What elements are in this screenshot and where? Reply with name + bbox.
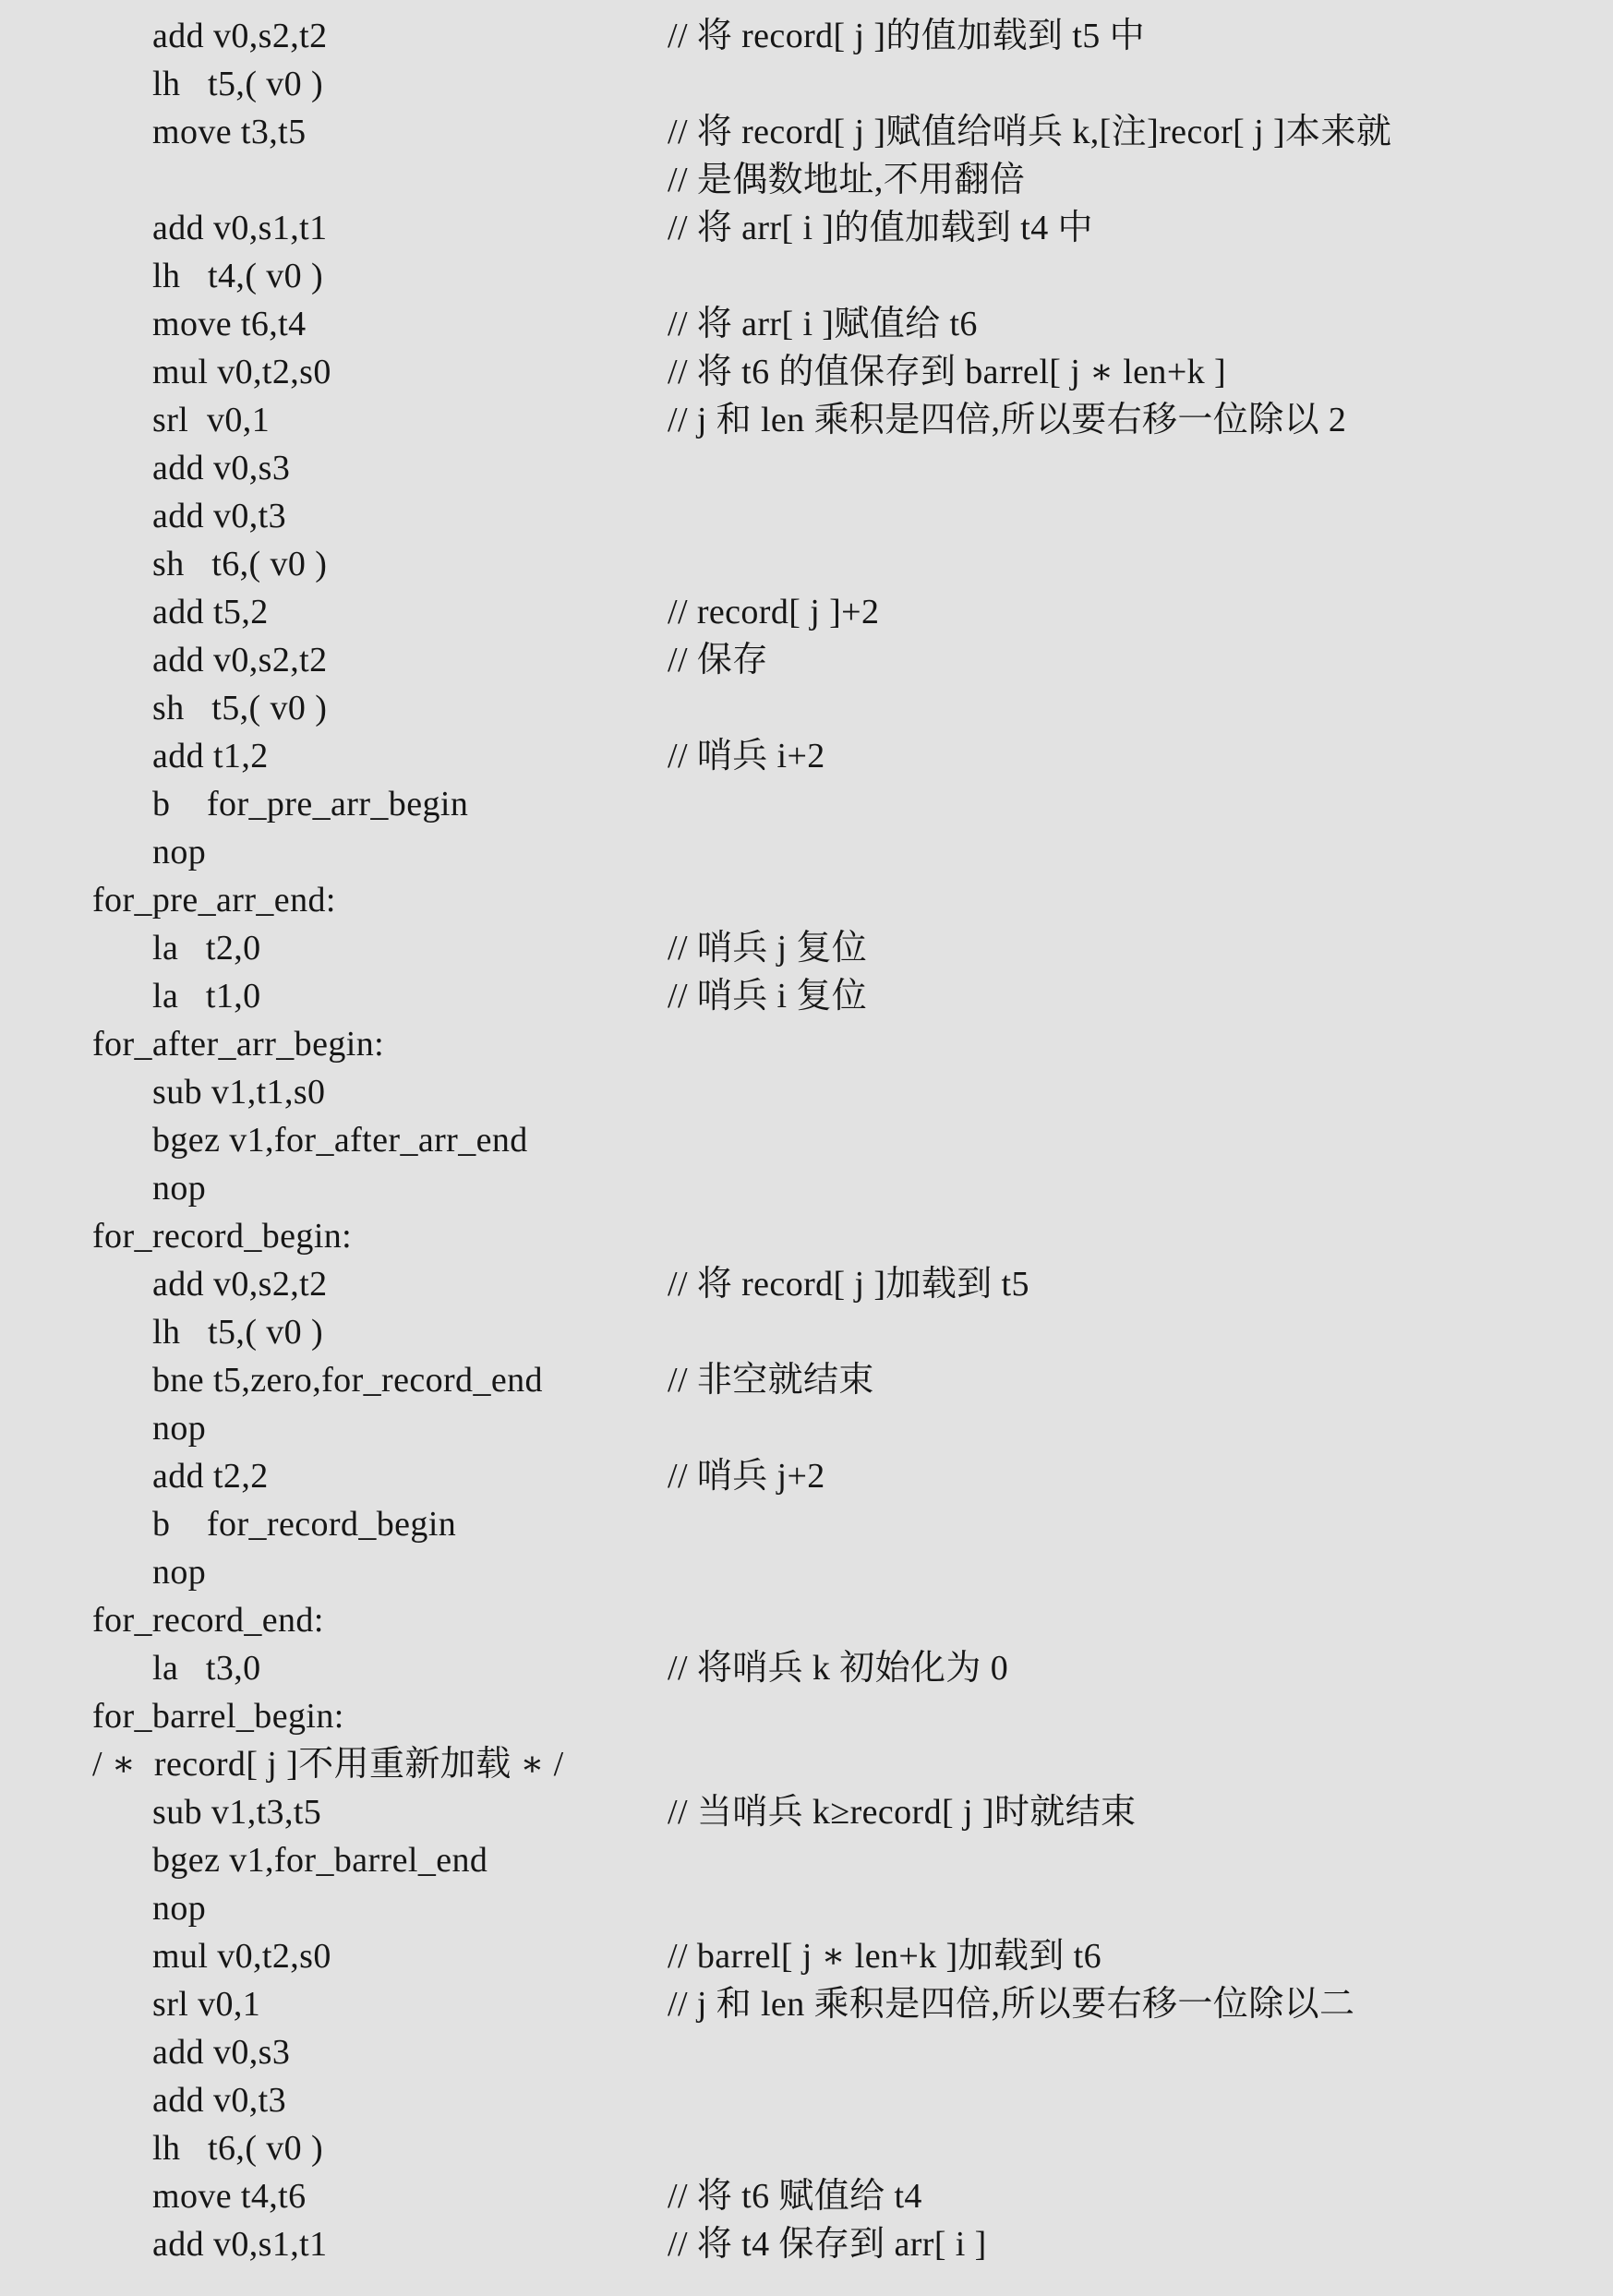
instruction-text: mul v0,t2,s0 bbox=[152, 1935, 331, 1977]
code-line: for_barrel_begin: bbox=[0, 1691, 1613, 1739]
instruction-text: srl v0,1 bbox=[152, 399, 270, 441]
instruction-text: add t5,2 bbox=[152, 591, 269, 633]
code-line: add v0,s1,t1// 将 arr[ i ]的值加载到 t4 中 bbox=[0, 203, 1613, 251]
instruction-text: lh t5,( v0 ) bbox=[152, 1311, 323, 1353]
code-line: bgez v1,for_barrel_end bbox=[0, 1835, 1613, 1883]
label-text: for_record_end: bbox=[92, 1599, 324, 1641]
comment-text: // 哨兵 i 复位 bbox=[668, 975, 867, 1017]
instruction-text: b for_record_begin bbox=[152, 1503, 456, 1545]
code-line: la t2,0// 哨兵 j 复位 bbox=[0, 923, 1613, 971]
code-line: add t1,2// 哨兵 i+2 bbox=[0, 731, 1613, 779]
instruction-text: add v0,s3 bbox=[152, 447, 290, 489]
code-line: / ∗ record[ j ]不用重新加载 ∗ / bbox=[0, 1739, 1613, 1787]
code-line: for_record_end: bbox=[0, 1595, 1613, 1643]
code-line: move t4,t6// 将 t6 赋值给 t4 bbox=[0, 2171, 1613, 2219]
code-line: srl v0,1// j 和 len 乘积是四倍,所以要右移一位除以二 bbox=[0, 1979, 1613, 2027]
comment-text: // 将 arr[ i ]的值加载到 t4 中 bbox=[668, 207, 1093, 249]
code-line: sub v1,t3,t5// 当哨兵 k≥record[ j ]时就结束 bbox=[0, 1787, 1613, 1835]
instruction-text: move t4,t6 bbox=[152, 2175, 307, 2218]
instruction-text: nop bbox=[152, 1887, 206, 1929]
code-line: mul v0,t2,s0// 将 t6 的值保存到 barrel[ j ∗ le… bbox=[0, 347, 1613, 395]
code-line: add v0,t3 bbox=[0, 2075, 1613, 2123]
comment-text: // 将哨兵 k 初始化为 0 bbox=[668, 1647, 1008, 1689]
comment-text: // 哨兵 j+2 bbox=[668, 1455, 825, 1497]
instruction-text: add v0,t3 bbox=[152, 2079, 286, 2122]
comment-text: // 将 record[ j ]的值加载到 t5 中 bbox=[668, 15, 1145, 57]
instruction-text: la t3,0 bbox=[152, 1647, 261, 1689]
label-text: for_after_arr_begin: bbox=[92, 1023, 384, 1065]
instruction-text: nop bbox=[152, 1551, 206, 1593]
code-line: for_record_begin: bbox=[0, 1211, 1613, 1259]
instruction-text: add t1,2 bbox=[152, 735, 269, 777]
comment-text: // 哨兵 j 复位 bbox=[668, 927, 867, 969]
code-line: mul v0,t2,s0// barrel[ j ∗ len+k ]加载到 t6 bbox=[0, 1931, 1613, 1979]
code-line: add t5,2// record[ j ]+2 bbox=[0, 587, 1613, 635]
comment-text: // barrel[ j ∗ len+k ]加载到 t6 bbox=[668, 1935, 1101, 1977]
instruction-text: add v0,t3 bbox=[152, 495, 286, 537]
comment-text: // 非空就结束 bbox=[668, 1359, 874, 1401]
instruction-text: move t6,t4 bbox=[152, 303, 307, 345]
comment-text: // j 和 len 乘积是四倍,所以要右移一位除以二 bbox=[668, 1983, 1354, 2026]
code-line: for_after_arr_begin: bbox=[0, 1019, 1613, 1067]
code-line: srl v0,1// j 和 len 乘积是四倍,所以要右移一位除以 2 bbox=[0, 395, 1613, 443]
comment-text: // 是偶数地址,不用翻倍 bbox=[668, 159, 1025, 201]
comment-text: // record[ j ]+2 bbox=[668, 591, 879, 633]
code-line: b for_record_begin bbox=[0, 1499, 1613, 1547]
instruction-text: mul v0,t2,s0 bbox=[152, 351, 331, 393]
assembly-code-listing: add v0,s2,t2// 将 record[ j ]的值加载到 t5 中lh… bbox=[0, 11, 1613, 2267]
code-line: lh t4,( v0 ) bbox=[0, 251, 1613, 299]
code-line: sh t6,( v0 ) bbox=[0, 539, 1613, 587]
comment-text: // 将 t6 赋值给 t4 bbox=[668, 2175, 922, 2218]
instruction-text: lh t4,( v0 ) bbox=[152, 255, 323, 297]
code-line: add v0,s3 bbox=[0, 2027, 1613, 2075]
instruction-text: bgez v1,for_after_arr_end bbox=[152, 1119, 528, 1161]
code-line: lh t5,( v0 ) bbox=[0, 1307, 1613, 1355]
instruction-text: lh t6,( v0 ) bbox=[152, 2127, 323, 2170]
instruction-text: move t3,t5 bbox=[152, 111, 307, 153]
scanned-code-page: add v0,s2,t2// 将 record[ j ]的值加载到 t5 中lh… bbox=[0, 0, 1613, 2296]
instruction-text: add v0,s1,t1 bbox=[152, 207, 328, 249]
code-line: for_pre_arr_end: bbox=[0, 875, 1613, 923]
instruction-text: bgez v1,for_barrel_end bbox=[152, 1839, 488, 1881]
code-line: nop bbox=[0, 1403, 1613, 1451]
code-line: lh t6,( v0 ) bbox=[0, 2123, 1613, 2171]
code-line: move t3,t5// 将 record[ j ]赋值给哨兵 k,[注]rec… bbox=[0, 107, 1613, 155]
instruction-text: nop bbox=[152, 1167, 206, 1209]
instruction-text: add v0,s1,t1 bbox=[152, 2223, 328, 2266]
instruction-text: sub v1,t1,s0 bbox=[152, 1071, 325, 1113]
code-line: // 是偶数地址,不用翻倍 bbox=[0, 155, 1613, 203]
code-line: sh t5,( v0 ) bbox=[0, 683, 1613, 731]
comment-text: // j 和 len 乘积是四倍,所以要右移一位除以 2 bbox=[668, 399, 1346, 441]
instruction-text: add t2,2 bbox=[152, 1455, 269, 1497]
label-text: for_record_begin: bbox=[92, 1215, 352, 1257]
instruction-text: sub v1,t3,t5 bbox=[152, 1791, 321, 1833]
comment-text: // 保存 bbox=[668, 639, 768, 681]
comment-text: // 将 t4 保存到 arr[ i ] bbox=[668, 2223, 987, 2266]
code-line: bgez v1,for_after_arr_end bbox=[0, 1115, 1613, 1163]
code-line: add v0,s2,t2// 保存 bbox=[0, 635, 1613, 683]
instruction-text: sh t6,( v0 ) bbox=[152, 543, 327, 585]
instruction-text: la t2,0 bbox=[152, 927, 261, 969]
instruction-text: nop bbox=[152, 831, 206, 873]
code-line: add v0,s1,t1// 将 t4 保存到 arr[ i ] bbox=[0, 2219, 1613, 2267]
code-line: sub v1,t1,s0 bbox=[0, 1067, 1613, 1115]
comment-text: // 哨兵 i+2 bbox=[668, 735, 825, 777]
code-line: move t6,t4// 将 arr[ i ]赋值给 t6 bbox=[0, 299, 1613, 347]
comment-text: // 将 arr[ i ]赋值给 t6 bbox=[668, 303, 978, 345]
instruction-text: lh t5,( v0 ) bbox=[152, 63, 323, 105]
code-line: nop bbox=[0, 827, 1613, 875]
code-line: bne t5,zero,for_record_end// 非空就结束 bbox=[0, 1355, 1613, 1403]
code-line: add t2,2// 哨兵 j+2 bbox=[0, 1451, 1613, 1499]
code-line: nop bbox=[0, 1547, 1613, 1595]
code-line: add v0,s2,t2// 将 record[ j ]的值加载到 t5 中 bbox=[0, 11, 1613, 59]
comment-text: // 将 record[ j ]赋值给哨兵 k,[注]recor[ j ]本来就 bbox=[668, 111, 1391, 153]
code-line: add v0,s3 bbox=[0, 443, 1613, 491]
instruction-text: add v0,s3 bbox=[152, 2031, 290, 2074]
instruction-text: add v0,s2,t2 bbox=[152, 15, 328, 57]
code-line: nop bbox=[0, 1883, 1613, 1931]
code-line: add v0,t3 bbox=[0, 491, 1613, 539]
code-line: lh t5,( v0 ) bbox=[0, 59, 1613, 107]
label-text: for_barrel_begin: bbox=[92, 1695, 344, 1737]
instruction-text: nop bbox=[152, 1407, 206, 1449]
comment-text: // 当哨兵 k≥record[ j ]时就结束 bbox=[668, 1791, 1136, 1833]
instruction-text: add v0,s2,t2 bbox=[152, 1263, 328, 1305]
instruction-text: bne t5,zero,for_record_end bbox=[152, 1359, 543, 1401]
instruction-text: sh t5,( v0 ) bbox=[152, 687, 327, 729]
instruction-text: add v0,s2,t2 bbox=[152, 639, 328, 681]
code-line: nop bbox=[0, 1163, 1613, 1211]
code-line: add v0,s2,t2// 将 record[ j ]加载到 t5 bbox=[0, 1259, 1613, 1307]
comment-text: // 将 t6 的值保存到 barrel[ j ∗ len+k ] bbox=[668, 351, 1226, 393]
code-line: la t1,0// 哨兵 i 复位 bbox=[0, 971, 1613, 1019]
code-line: b for_pre_arr_begin bbox=[0, 779, 1613, 827]
label-text: for_pre_arr_end: bbox=[92, 879, 336, 921]
instruction-text: srl v0,1 bbox=[152, 1983, 260, 2026]
code-line: la t3,0// 将哨兵 k 初始化为 0 bbox=[0, 1643, 1613, 1691]
instruction-text: b for_pre_arr_begin bbox=[152, 783, 468, 825]
comment-text: // 将 record[ j ]加载到 t5 bbox=[668, 1263, 1029, 1305]
instruction-text: la t1,0 bbox=[152, 975, 261, 1017]
label-text: / ∗ record[ j ]不用重新加载 ∗ / bbox=[92, 1743, 564, 1785]
